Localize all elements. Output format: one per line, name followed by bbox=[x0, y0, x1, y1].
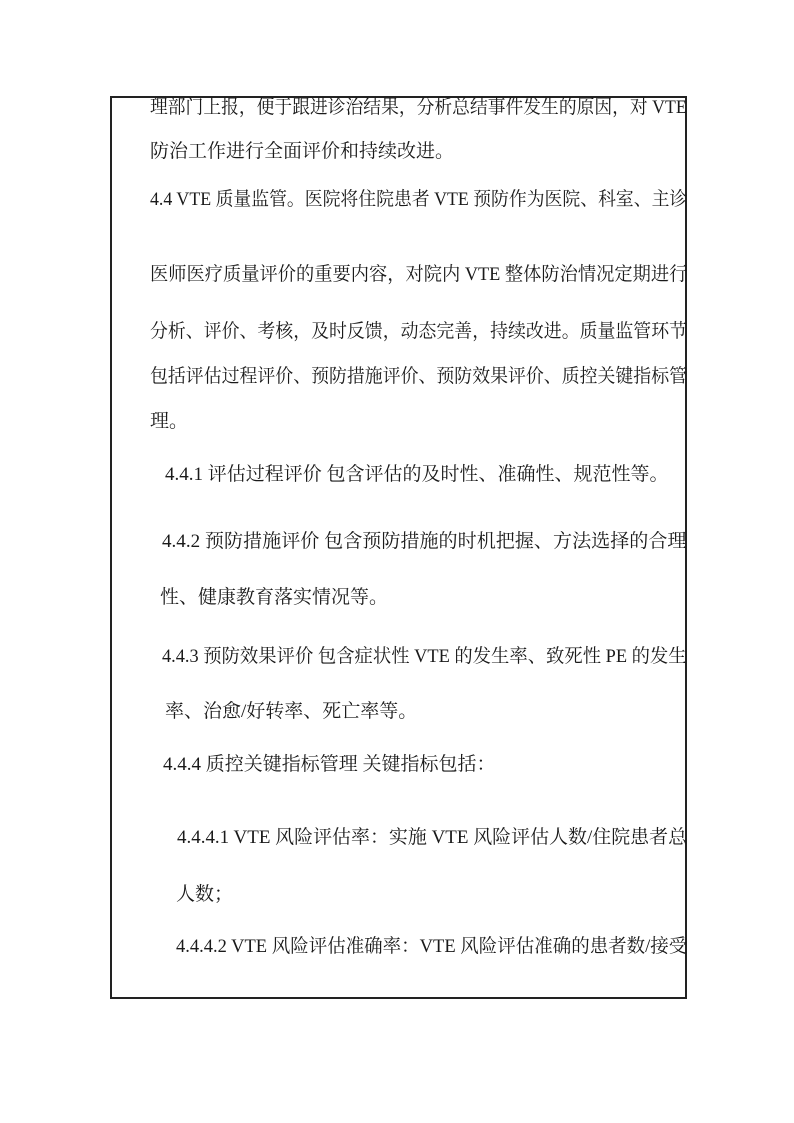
text-line: 人数； bbox=[176, 883, 233, 907]
text-line: 4.4.1 评估过程评价 包含评估的及时性、准确性、规范性等。 bbox=[165, 463, 669, 487]
text-line: 医师医疗质量评价的重要内容，对院内 VTE 整体防治情况定期进行 bbox=[150, 263, 687, 287]
document-page: 理部门上报，便于跟进诊治结果，分析总结事件发生的原因，对 VTE防治工作进行全面… bbox=[0, 0, 794, 1123]
text-line: 分析、评价、考核，及时反馈，动态完善，持续改进。质量监管环节 bbox=[150, 320, 687, 344]
text-line: 4.4 VTE 质量监管。医院将住院患者 VTE 预防作为医院、科室、主诊 bbox=[150, 188, 687, 212]
text-line: 包括评估过程评价、预防措施评价、预防效果评价、质控关键指标管 bbox=[150, 365, 687, 389]
text-line: 4.4.3 预防效果评价 包含症状性 VTE 的发生率、致死性 PE 的发生 bbox=[162, 645, 687, 669]
text-line: 4.4.4 质控关键指标管理 关键指标包括： bbox=[163, 753, 496, 777]
text-line: 理。 bbox=[150, 410, 188, 434]
text-line: 4.4.4.2 VTE 风险评估准确率：VTE 风险评估准确的患者数/接受 bbox=[176, 935, 687, 959]
text-line: 4.4.4.1 VTE 风险评估率：实施 VTE 风险评估人数/住院患者总 bbox=[177, 826, 687, 850]
text-line: 性、健康教育落实情况等。 bbox=[160, 586, 388, 610]
text-line: 4.4.2 预防措施评价 包含预防措施的时机把握、方法选择的合理 bbox=[162, 530, 687, 554]
text-line: 率、治愈/好转率、死亡率等。 bbox=[165, 700, 417, 724]
text-line: 理部门上报，便于跟进诊治结果，分析总结事件发生的原因，对 VTE bbox=[150, 96, 687, 120]
text-line: 防治工作进行全面评价和持续改进。 bbox=[150, 140, 454, 164]
